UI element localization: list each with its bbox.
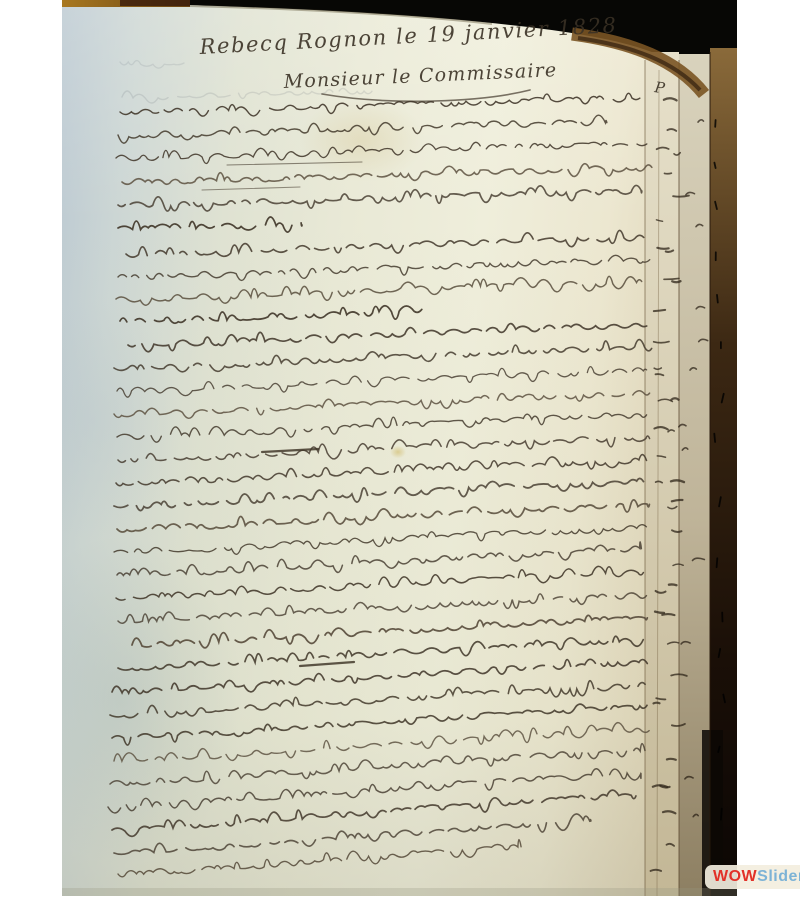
handwriting-lines [108,61,725,881]
edge-ink-fragment [673,196,689,197]
wowslider-wow-label: WOW [713,865,757,889]
handwriting-line [112,700,648,746]
edge-ink-fragment [662,614,674,615]
handwriting-line [113,721,649,768]
handwriting-line [110,677,646,722]
handwriting-line [117,497,650,536]
handwriting-line [116,138,647,166]
handwriting-line [116,564,644,604]
manuscript-photo[interactable]: Rebecq Rognon le 19 janvier 1828 Monsieu… [62,0,737,896]
edge-ink-fragment [717,295,718,303]
showthrough-line [120,61,184,69]
handwriting-line [120,305,422,328]
edge-ink-fragment [672,281,680,282]
handwriting-line [110,742,646,790]
underline-mark [227,162,362,165]
strikethrough-mark [300,662,354,666]
handwriting-line [108,766,642,815]
handwriting-line [117,839,521,880]
slider-stage: Rebecq Rognon le 19 janvier 1828 Monsieu… [0,0,800,900]
manuscript-photo-art: Rebecq Rognon le 19 janvier 1828 Monsieu… [62,0,737,896]
salutation-line: Monsieur le Commissaire [282,59,558,93]
handwriting-line [117,363,647,399]
heading-place-date: Rebecq Rognon le 19 janvier 1828 [198,13,618,59]
binding-edge-top-left [62,0,190,7]
handwriting-line [117,542,642,583]
edge-ink-fragment [714,163,715,168]
edge-ink-fragment [657,248,668,249]
page-edges-right [645,48,737,896]
edge-ink-fragment [665,173,672,174]
handwriting-line [116,274,642,307]
edge-ink-fragment [667,759,676,760]
handwriting-line [114,475,644,513]
handwriting-line [132,610,648,653]
edge-ink-fragment [669,584,677,585]
edge-ink-fragment [664,278,679,279]
handwriting-line [113,813,591,860]
edge-ink-fragment [714,434,715,442]
handwriting-line [114,339,652,375]
handwriting-line [118,633,644,674]
edge-ink-fragment [655,612,664,613]
handwriting-line [118,183,642,213]
edge-ink-fragment [654,310,665,311]
flourish-stroke [322,90,530,101]
handwriting-line [112,788,637,838]
edge-ink-fragment [654,703,660,704]
edge-ink-fragment [721,809,722,820]
handwriting-line [118,254,650,284]
handwriting-line [118,216,302,236]
underline-mark [202,187,300,190]
handwriting-line [122,161,652,189]
handwriting-line [126,229,644,261]
handwriting-line [118,429,650,468]
wowslider-slider-label: Slider [757,865,800,889]
edge-ink-fragment [717,558,718,567]
photo-bottom-edge [62,888,737,896]
handwriting-line [114,522,647,560]
wowslider-watermark[interactable]: WOWSlider [705,865,800,889]
handwriting-line [120,92,640,120]
handwriting-line [118,115,607,143]
